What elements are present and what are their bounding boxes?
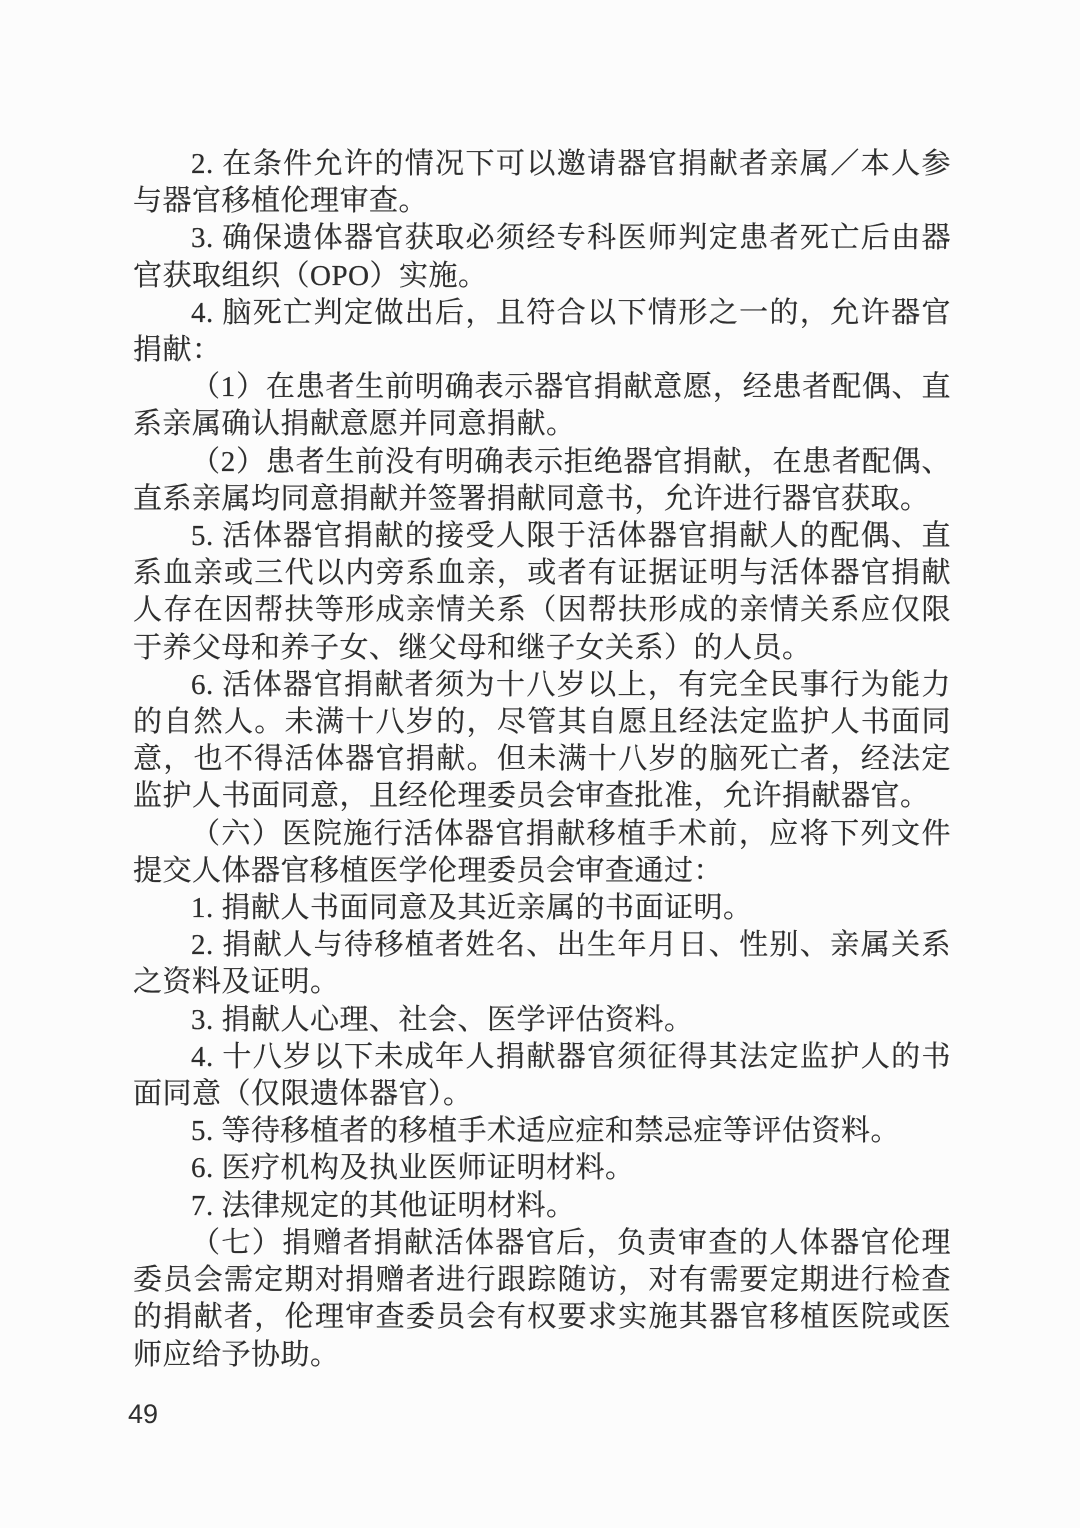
paragraph: 6. 活体器官捐献者须为十八岁以上，有完全民事行为能力的自然人。未满十八岁的，尽…: [133, 667, 951, 816]
paragraph: 7. 法律规定的其他证明材料。: [133, 1188, 951, 1225]
document-page: 2. 在条件允许的情况下可以邀请器官捐献者亲属／本人参与器官移植伦理审查。3. …: [0, 0, 1080, 1528]
paragraph: （2）患者生前没有明确表示拒绝器官捐献，在患者配偶、直系亲属均同意捐献并签署捐献…: [133, 444, 951, 518]
page-number: 49: [128, 1399, 158, 1430]
paragraph: （七）捐赠者捐献活体器官后，负责审查的人体器官伦理委员会需定期对捐赠者进行跟踪随…: [133, 1225, 951, 1374]
paragraph: 6. 医疗机构及执业医师证明材料。: [133, 1150, 951, 1187]
paragraph: 5. 活体器官捐献的接受人限于活体器官捐献人的配偶、直系血亲或三代以内旁系血亲，…: [133, 518, 951, 667]
paragraph: 1. 捐献人书面同意及其近亲属的书面证明。: [133, 890, 951, 927]
paragraph: 2. 在条件允许的情况下可以邀请器官捐献者亲属／本人参与器官移植伦理审查。: [133, 146, 951, 220]
paragraph: 4. 脑死亡判定做出后，且符合以下情形之一的，允许器官捐献：: [133, 295, 951, 369]
paragraph: 5. 等待移植者的移植手术适应症和禁忌症等评估资料。: [133, 1113, 951, 1150]
document-body: 2. 在条件允许的情况下可以邀请器官捐献者亲属／本人参与器官移植伦理审查。3. …: [133, 146, 951, 1374]
paragraph: （六）医院施行活体器官捐献移植手术前，应将下列文件提交人体器官移植医学伦理委员会…: [133, 816, 951, 890]
paragraph: 2. 捐献人与待移植者姓名、出生年月日、性别、亲属关系之资料及证明。: [133, 927, 951, 1001]
paragraph: 4. 十八岁以下未成年人捐献器官须征得其法定监护人的书面同意（仅限遗体器官）。: [133, 1039, 951, 1113]
paragraph: （1）在患者生前明确表示器官捐献意愿，经患者配偶、直系亲属确认捐献意愿并同意捐献…: [133, 369, 951, 443]
paragraph: 3. 捐献人心理、社会、医学评估资料。: [133, 1002, 951, 1039]
paragraph: 3. 确保遗体器官获取必须经专科医师判定患者死亡后由器官获取组织（OPO）实施。: [133, 220, 951, 294]
